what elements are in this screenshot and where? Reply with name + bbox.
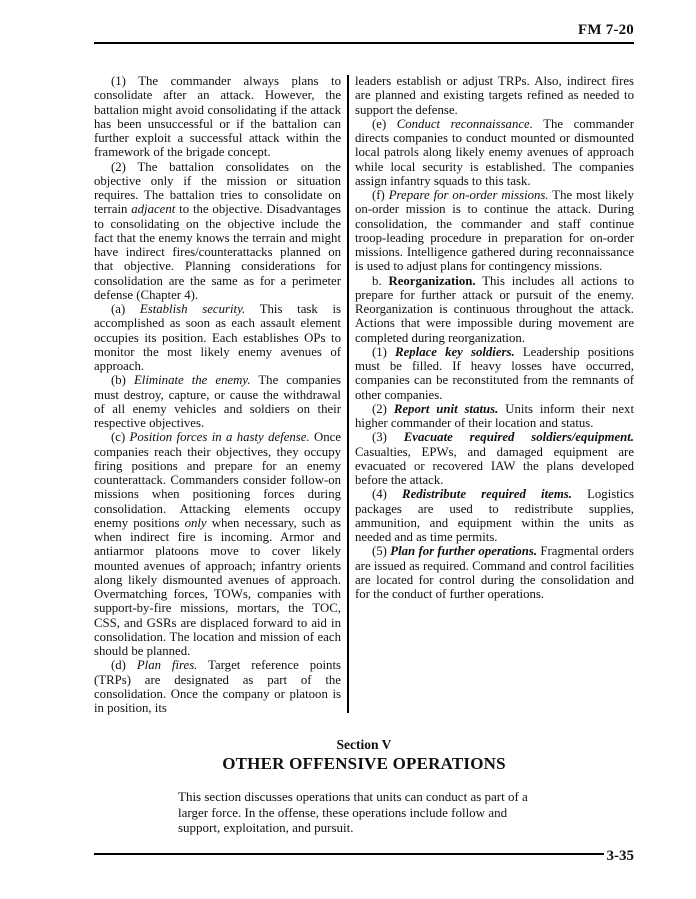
paragraph: (1) Replace key soldiers. Leadership pos… [355, 345, 634, 402]
text-run: Plan for further operations. [390, 544, 537, 558]
document-page: FM 7-20 (1) The commander always plans t… [0, 0, 696, 899]
paragraph: (f) Prepare for on-order missions. The m… [355, 188, 634, 274]
text-run: (e) [372, 117, 397, 131]
text-run: (f) [372, 188, 389, 202]
text-run: adjacent [131, 202, 175, 216]
column-divider [347, 75, 349, 713]
two-column-body: (1) The commander always plans to consol… [94, 74, 634, 715]
text-run: Redistribute required items. [402, 487, 572, 501]
section-label: Section V [94, 737, 634, 752]
text-run: when necessary, such as when indirect fi… [94, 516, 341, 658]
header-rule [94, 42, 634, 44]
paragraph: (b) Eliminate the enemy. The companies m… [94, 373, 341, 430]
section-intro: This section discusses operations that u… [178, 789, 530, 836]
text-run: (3) [372, 430, 404, 444]
paragraph: (2) Report unit status. Units inform the… [355, 402, 634, 431]
text-run: (2) [372, 402, 394, 416]
text-run: Casualties, EPWs, and damaged equipment … [355, 445, 634, 488]
text-run: Position forces in a hasty defense. [130, 430, 310, 444]
text-run: Conduct reconnaissance. [397, 117, 533, 131]
doc-number: FM 7-20 [578, 22, 634, 39]
text-run: Prepare for on-order missions. [389, 188, 549, 202]
section-title: OTHER OFFENSIVE OPERATIONS [94, 754, 634, 773]
text-run: Reorganization. [388, 274, 475, 288]
text-run: (5) [372, 544, 390, 558]
text-run: to the objective. Disadvantages to conso… [94, 202, 341, 302]
footer-rule [94, 853, 604, 855]
text-run: (1) The commander always plans to consol… [94, 74, 341, 159]
text-run: Replace key soldiers. [395, 345, 515, 359]
paragraph: (2) The battalion consolidates on the ob… [94, 160, 341, 303]
right-column: leaders establish or adjust TRPs. Also, … [355, 74, 634, 715]
paragraph: b. Reorganization. This includes all act… [355, 274, 634, 345]
paragraph: (c) Position forces in a hasty defense. … [94, 430, 341, 658]
text-run: Establish security. [140, 302, 245, 316]
text-run: leaders establish or adjust TRPs. Also, … [355, 74, 634, 117]
text-run: (4) [372, 487, 402, 501]
paragraph: (4) Redistribute required items. Logisti… [355, 487, 634, 544]
text-run: (c) [111, 430, 130, 444]
text-run: b. [372, 274, 388, 288]
text-run: Report unit status. [394, 402, 499, 416]
text-run: Plan fires. [137, 658, 198, 672]
page-header: FM 7-20 [94, 22, 634, 39]
text-run: (b) [111, 373, 134, 387]
paragraph: (a) Establish security. This task is acc… [94, 302, 341, 373]
text-run: (a) [111, 302, 140, 316]
section-heading: Section V OTHER OFFENSIVE OPERATIONS [94, 737, 634, 773]
paragraph: (1) The commander always plans to consol… [94, 74, 341, 160]
paragraph: (5) Plan for further operations. Fragmen… [355, 544, 634, 601]
paragraph: (d) Plan fires. Target reference points … [94, 658, 341, 715]
text-run: Eliminate the enemy. [134, 373, 251, 387]
left-column: (1) The commander always plans to consol… [94, 74, 341, 715]
paragraph: (e) Conduct reconnaissance. The commande… [355, 117, 634, 188]
page-number: 3-35 [607, 848, 635, 865]
text-run: only [185, 516, 207, 530]
paragraph: leaders establish or adjust TRPs. Also, … [355, 74, 634, 117]
text-run: (d) [111, 658, 137, 672]
page-footer: 3-35 [94, 848, 634, 865]
text-run: Evacuate required soldiers/equipment. [404, 430, 634, 444]
text-run: (1) [372, 345, 395, 359]
paragraph: (3) Evacuate required soldiers/equipment… [355, 430, 634, 487]
